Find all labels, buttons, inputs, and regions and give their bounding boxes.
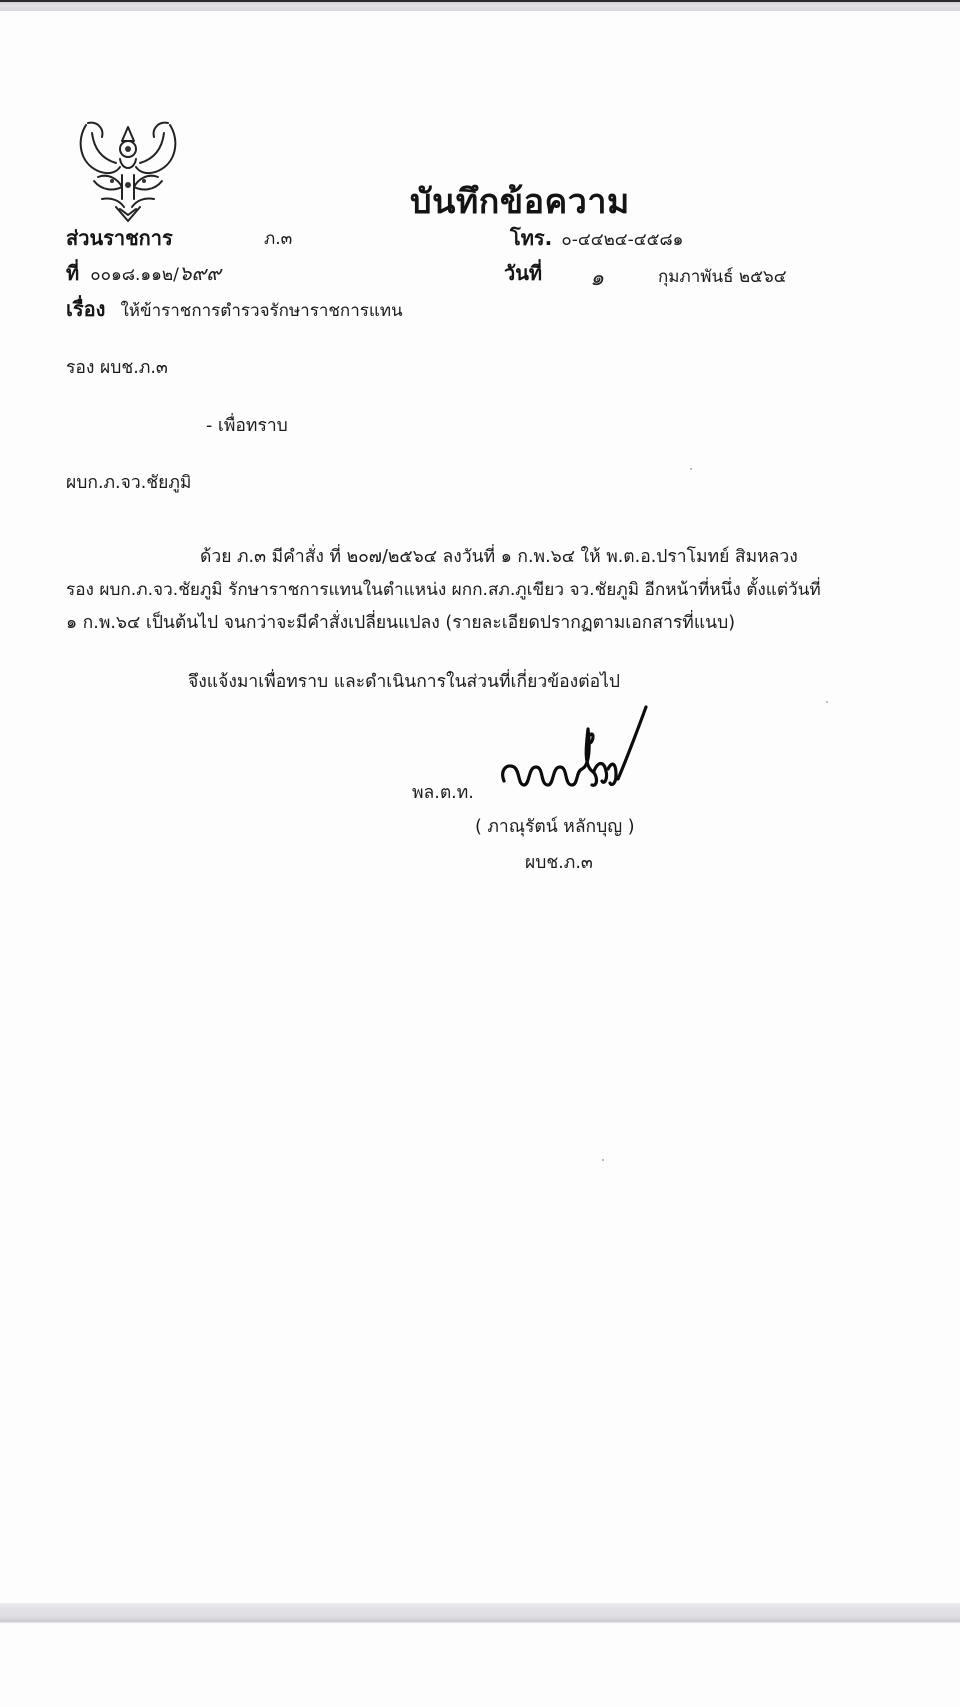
date-month-year: กุมภาพันธ์ ๒๕๖๔	[658, 263, 787, 290]
closing-text: จึงแจ้งมาเพื่อทราบ และดำเนินการในส่วนที่…	[188, 667, 620, 695]
date-day-handwritten: ๑	[590, 260, 604, 295]
department-value: ภ.๓	[264, 225, 292, 252]
number-handwritten: ๖๙๙	[179, 261, 221, 285]
body-line-2: รอง ผบก.ภ.จว.ชัยภูมิ รักษาราชการแทนในตำแ…	[66, 575, 821, 603]
body-line-3: ๑ ก.พ.๖๔ เป็นต้นไป จนกว่าจะมีคำสั่งเปลี่…	[66, 608, 735, 636]
scan-speck	[826, 701, 828, 703]
memo-title: บันทึกข้อความ	[410, 174, 630, 228]
date-label: วันที่	[504, 261, 542, 285]
phone-label: โทร.	[510, 226, 552, 250]
recipient-2: ผบก.ภ.จว.ชัยภูมิ	[66, 468, 191, 496]
top-divider-bar	[0, 2, 960, 11]
department-row: ส่วนราชการ	[66, 222, 173, 254]
subject-label: เรื่อง	[66, 297, 105, 321]
memo-page: บันทึกข้อความ ส่วนราชการ ภ.๓ โทร. ๐-๔๔๒๔…	[0, 11, 960, 1603]
number-value: ๐๐๑๘.๑๑๒/	[90, 265, 179, 285]
phone-row: โทร. ๐-๔๔๒๔-๔๕๘๑	[510, 222, 683, 254]
department-label: ส่วนราชการ	[66, 226, 173, 250]
signer-rank: พล.ต.ท.	[412, 778, 474, 806]
subject-value: ให้ข้าราชการตำรวจรักษาราชการแทน	[120, 301, 402, 321]
signer-name: ( ภาณุรัตน์ หลักบุญ )	[475, 812, 635, 840]
body-line-1: ด้วย ภ.๓ มีคำสั่ง ที่ ๒๐๗/๒๕๖๔ ลงวันที่ …	[200, 542, 798, 570]
number-label: ที่	[66, 261, 79, 285]
recipient-1: รอง ผบช.ภ.๓	[66, 353, 168, 381]
signer-position: ผบช.ภ.๓	[525, 848, 593, 876]
phone-value: ๐-๔๔๒๔-๔๕๘๑	[561, 230, 683, 250]
garuda-emblem-icon	[72, 115, 184, 225]
signature-icon	[498, 705, 658, 800]
scan-speck	[690, 468, 692, 470]
date-row: วันที่	[504, 257, 542, 289]
scan-speck	[602, 1159, 604, 1161]
number-row: ที่ ๐๐๑๘.๑๑๒/๖๙๙	[66, 257, 221, 289]
subject-row: เรื่อง ให้ข้าราชการตำรวจรักษาราชการแทน	[66, 293, 403, 325]
bottom-divider-bar	[0, 1603, 960, 1623]
recipient-1-note: - เพื่อทราบ	[206, 411, 288, 439]
